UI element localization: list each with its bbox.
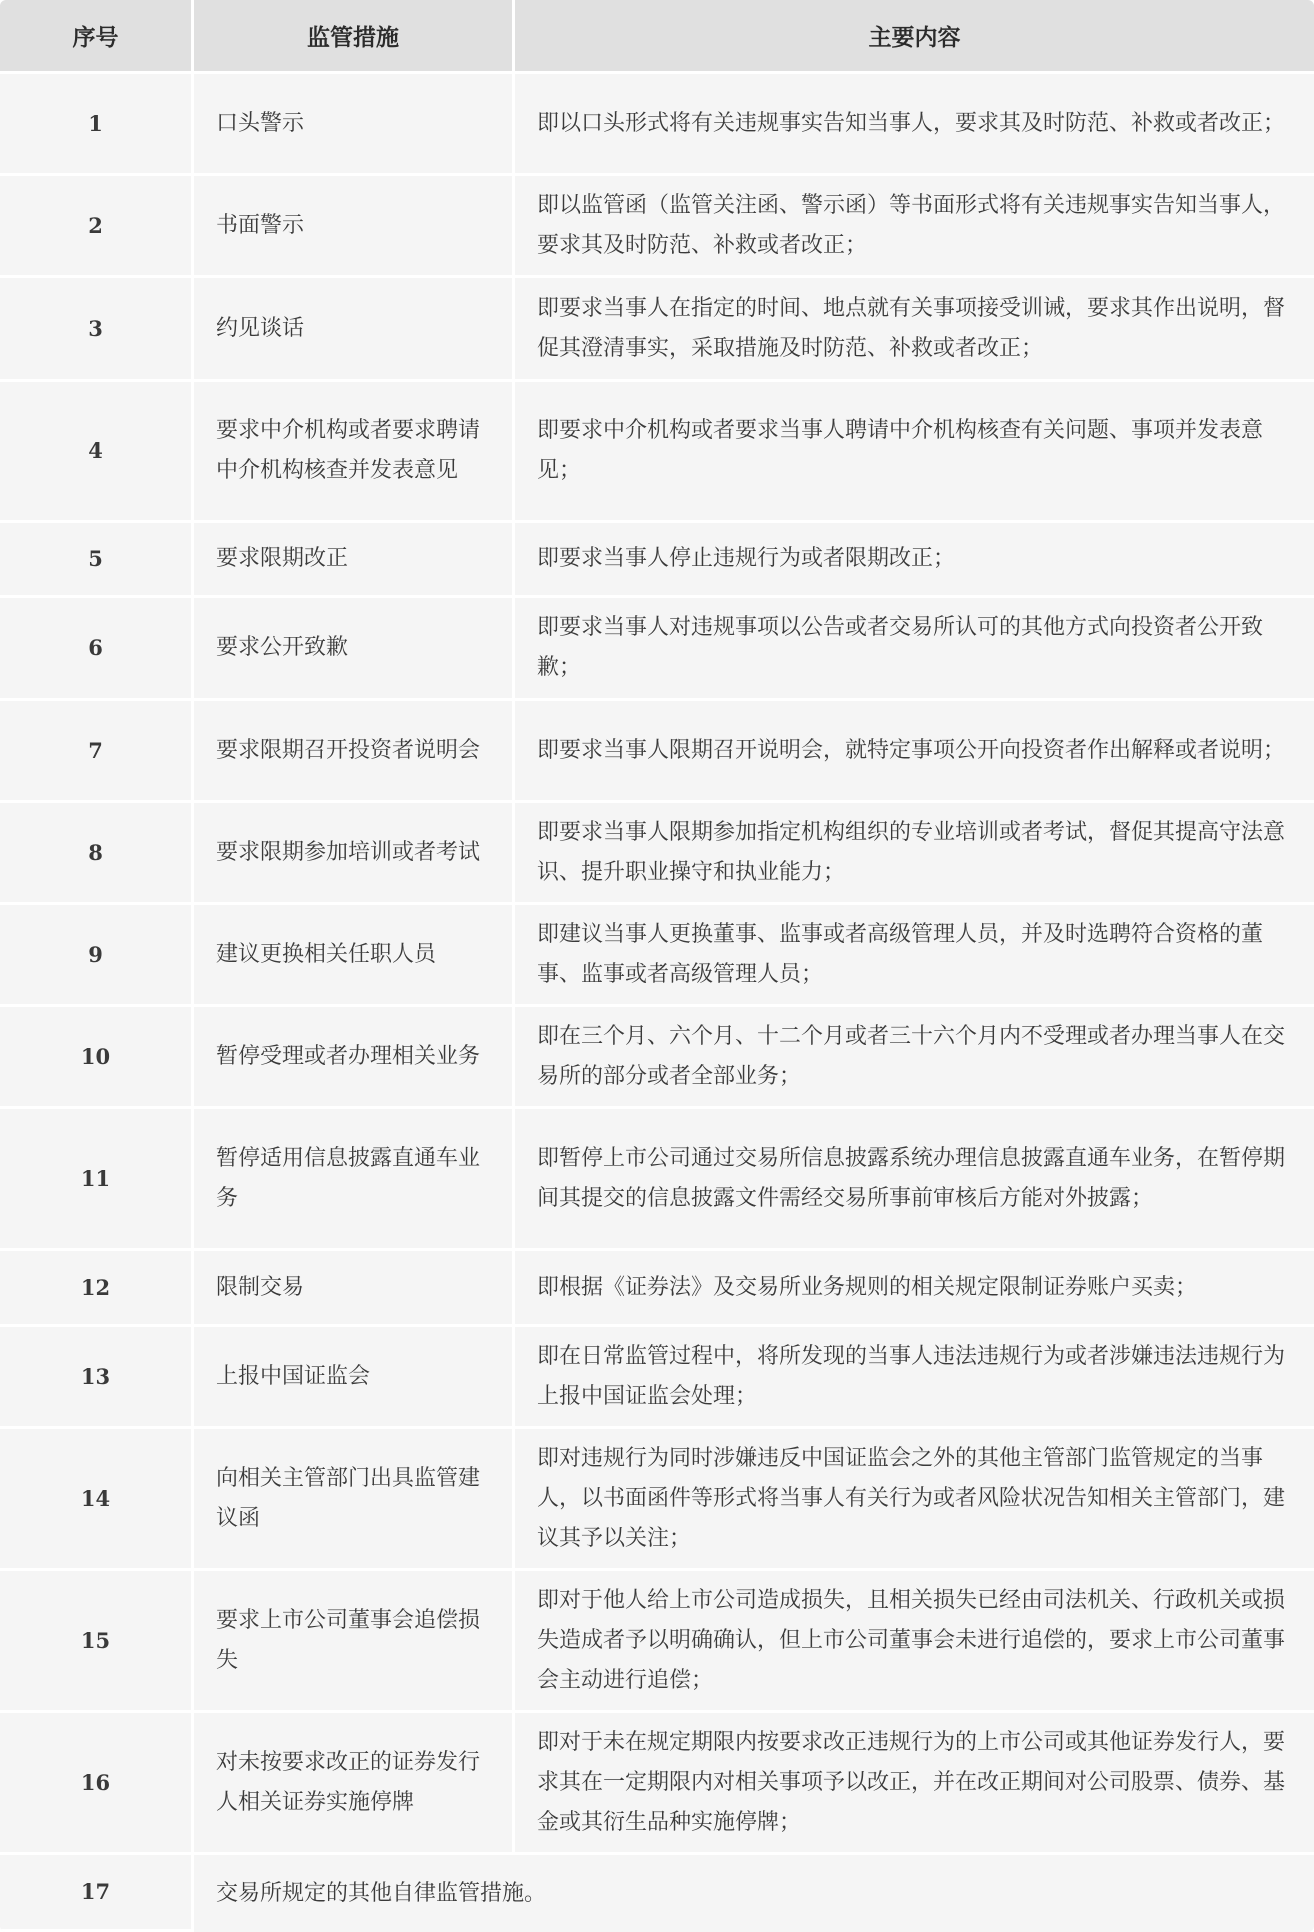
row-serial-number: 11 — [0, 1109, 194, 1251]
table-row: 12限制交易即根据《证券法》及交易所业务规则的相关规定限制证券账户买卖； — [0, 1251, 1314, 1327]
table-row: 5要求限期改正即要求当事人停止违规行为或者限期改正； — [0, 523, 1314, 598]
row-main-content: 即根据《证券法》及交易所业务规则的相关规定限制证券账户买卖； — [515, 1251, 1314, 1327]
table-row: 17 交易所规定的其他自律监管措施。 — [0, 1855, 1314, 1932]
table-row: 11暂停适用信息披露直通车业务即暂停上市公司通过交易所信息披露系统办理信息披露直… — [0, 1109, 1314, 1251]
table-header-row: 序号 监管措施 主要内容 — [0, 0, 1314, 74]
row-serial-number: 1 — [0, 74, 194, 176]
row-supervision-measure: 要求公开致歉 — [194, 598, 515, 701]
row-supervision-measure: 向相关主管部门出具监管建议函 — [194, 1429, 515, 1571]
row-serial-number: 9 — [0, 905, 194, 1007]
table-row: 8要求限期参加培训或者考试即要求当事人限期参加指定机构组织的专业培训或者考试，督… — [0, 803, 1314, 905]
row-supervision-measure: 要求限期改正 — [194, 523, 515, 598]
row-supervision-measure: 书面警示 — [194, 176, 515, 278]
row-main-content: 即暂停上市公司通过交易所信息披露系统办理信息披露直通车业务，在暂停期间其提交的信… — [515, 1109, 1314, 1251]
row-supervision-measure: 对未按要求改正的证券发行人相关证券实施停牌 — [194, 1713, 515, 1855]
header-supervision-measure: 监管措施 — [194, 0, 515, 74]
row-serial-number: 14 — [0, 1429, 194, 1571]
table-row: 1口头警示即以口头形式将有关违规事实告知当事人，要求其及时防范、补救或者改正； — [0, 74, 1314, 176]
row-serial-number: 2 — [0, 176, 194, 278]
row-main-content: 即在日常监管过程中，将所发现的当事人违法违规行为或者涉嫌违法违规行为上报中国证监… — [515, 1327, 1314, 1429]
header-main-content: 主要内容 — [515, 0, 1314, 74]
row-supervision-measure: 暂停受理或者办理相关业务 — [194, 1007, 515, 1109]
row-supervision-measure: 要求中介机构或者要求聘请中介机构核查并发表意见 — [194, 382, 515, 523]
row-supervision-measure: 上报中国证监会 — [194, 1327, 515, 1429]
row-serial-number: 12 — [0, 1251, 194, 1327]
row-serial-number: 13 — [0, 1327, 194, 1429]
row-supervision-measure: 建议更换相关任职人员 — [194, 905, 515, 1007]
row-supervision-measure: 要求上市公司董事会追偿损失 — [194, 1571, 515, 1713]
table-row: 3约见谈话即要求当事人在指定的时间、地点就有关事项接受训诫，要求其作出说明，督促… — [0, 278, 1314, 382]
table-row: 10暂停受理或者办理相关业务即在三个月、六个月、十二个月或者三十六个月内不受理或… — [0, 1007, 1314, 1109]
table-row: 14向相关主管部门出具监管建议函即对违规行为同时涉嫌违反中国证监会之外的其他主管… — [0, 1429, 1314, 1571]
row-supervision-measure: 约见谈话 — [194, 278, 515, 382]
row-main-content: 即要求当事人停止违规行为或者限期改正； — [515, 523, 1314, 598]
table-row: 2书面警示即以监管函（监管关注函、警示函）等书面形式将有关违规事实告知当事人，要… — [0, 176, 1314, 278]
row-serial-number: 15 — [0, 1571, 194, 1713]
table-body: 1口头警示即以口头形式将有关违规事实告知当事人，要求其及时防范、补救或者改正；2… — [0, 74, 1314, 1932]
header-serial-number: 序号 — [0, 0, 194, 74]
row-main-content: 即要求中介机构或者要求当事人聘请中介机构核查有关问题、事项并发表意见； — [515, 382, 1314, 523]
row-main-content: 即要求当事人对违规事项以公告或者交易所认可的其他方式向投资者公开致歉； — [515, 598, 1314, 701]
row-serial-number: 4 — [0, 382, 194, 523]
table-row: 16对未按要求改正的证券发行人相关证券实施停牌即对于未在规定期限内按要求改正违规… — [0, 1713, 1314, 1855]
row-serial-number: 7 — [0, 701, 194, 803]
row-supervision-measure: 要求限期参加培训或者考试 — [194, 803, 515, 905]
row-serial-number: 10 — [0, 1007, 194, 1109]
row-supervision-measure: 口头警示 — [194, 74, 515, 176]
row-main-content: 即以监管函（监管关注函、警示函）等书面形式将有关违规事实告知当事人，要求其及时防… — [515, 176, 1314, 278]
row-serial-number: 6 — [0, 598, 194, 701]
table-row: 7要求限期召开投资者说明会即要求当事人限期召开说明会，就特定事项公开向投资者作出… — [0, 701, 1314, 803]
row-serial-number: 8 — [0, 803, 194, 905]
table-row: 9建议更换相关任职人员即建议当事人更换董事、监事或者高级管理人员，并及时选聘符合… — [0, 905, 1314, 1007]
table-row: 4要求中介机构或者要求聘请中介机构核查并发表意见即要求中介机构或者要求当事人聘请… — [0, 382, 1314, 523]
table-row: 15要求上市公司董事会追偿损失即对于他人给上市公司造成损失，且相关损失已经由司法… — [0, 1571, 1314, 1713]
table-row: 6要求公开致歉即要求当事人对违规事项以公告或者交易所认可的其他方式向投资者公开致… — [0, 598, 1314, 701]
supervision-measures-table: 序号 监管措施 主要内容 1口头警示即以口头形式将有关违规事实告知当事人，要求其… — [0, 0, 1314, 1932]
row-serial-number: 5 — [0, 523, 194, 598]
row-supervision-measure: 限制交易 — [194, 1251, 515, 1327]
row-main-content: 即在三个月、六个月、十二个月或者三十六个月内不受理或者办理当事人在交易所的部分或… — [515, 1007, 1314, 1109]
row-main-content: 即对于他人给上市公司造成损失，且相关损失已经由司法机关、行政机关或损失造成者予以… — [515, 1571, 1314, 1713]
row-main-content: 即对于未在规定期限内按要求改正违规行为的上市公司或其他证券发行人，要求其在一定期… — [515, 1713, 1314, 1855]
row-main-content: 即要求当事人限期召开说明会，就特定事项公开向投资者作出解释或者说明； — [515, 701, 1314, 803]
row-main-content: 即要求当事人在指定的时间、地点就有关事项接受训诫，要求其作出说明，督促其澄清事实… — [515, 278, 1314, 382]
row-main-content: 即以口头形式将有关违规事实告知当事人，要求其及时防范、补救或者改正； — [515, 74, 1314, 176]
row-serial-number: 3 — [0, 278, 194, 382]
row-serial-number: 16 — [0, 1713, 194, 1855]
table-row: 13上报中国证监会即在日常监管过程中，将所发现的当事人违法违规行为或者涉嫌违法违… — [0, 1327, 1314, 1429]
row-measure-merged: 交易所规定的其他自律监管措施。 — [194, 1855, 1314, 1932]
row-supervision-measure: 要求限期召开投资者说明会 — [194, 701, 515, 803]
row-main-content: 即要求当事人限期参加指定机构组织的专业培训或者考试，督促其提高守法意识、提升职业… — [515, 803, 1314, 905]
row-serial-number: 17 — [0, 1855, 194, 1932]
row-supervision-measure: 暂停适用信息披露直通车业务 — [194, 1109, 515, 1251]
row-main-content: 即对违规行为同时涉嫌违反中国证监会之外的其他主管部门监管规定的当事人，以书面函件… — [515, 1429, 1314, 1571]
row-main-content: 即建议当事人更换董事、监事或者高级管理人员，并及时选聘符合资格的董事、监事或者高… — [515, 905, 1314, 1007]
